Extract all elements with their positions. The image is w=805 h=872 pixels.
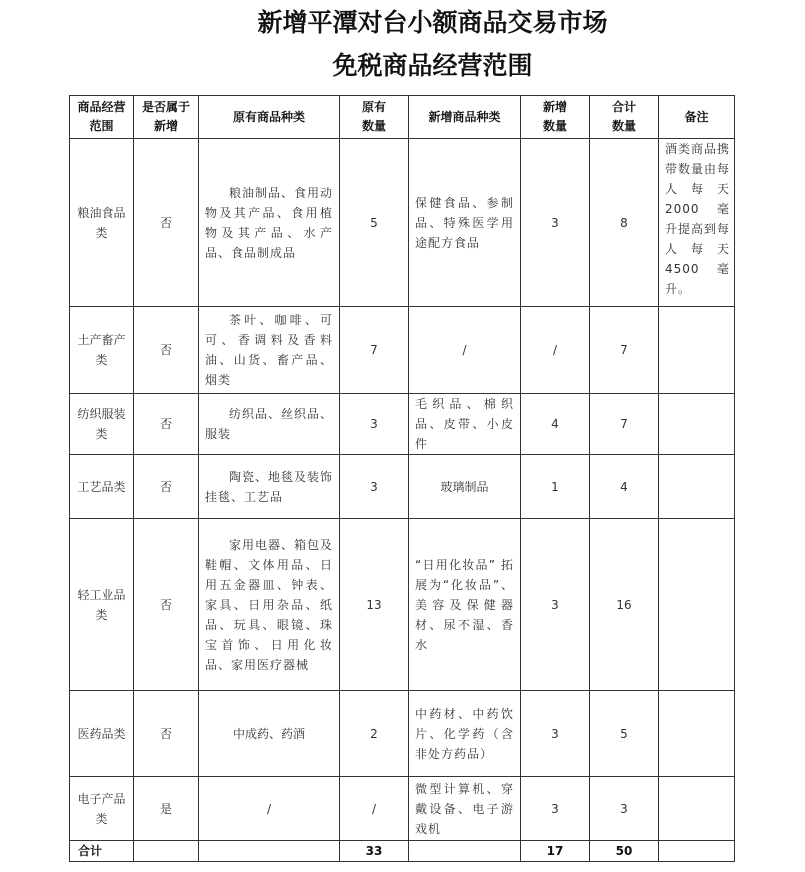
cell-new-types: 玻璃制品 — [409, 455, 521, 519]
cell-remarks — [659, 394, 735, 455]
cell-is-new: 是 — [134, 777, 199, 841]
cell-category: 医药品类 — [70, 691, 134, 777]
header-is-new: 是否属于新增 — [134, 96, 199, 139]
cell-total-count: 5 — [590, 691, 659, 777]
total-orig-types — [199, 841, 340, 862]
cell-new-count: 3 — [521, 139, 590, 307]
total-row: 合计 33 17 50 — [70, 841, 735, 862]
cell-new-types: 中药材、中药饮片、化学药（含非处方药品） — [409, 691, 521, 777]
cell-category: 工艺品类 — [70, 455, 134, 519]
cell-orig-types: / — [199, 777, 340, 841]
cell-orig-count: / — [340, 777, 409, 841]
cell-orig-types: 中成药、药酒 — [199, 691, 340, 777]
cell-category: 粮油食品类 — [70, 139, 134, 307]
total-label: 合计 — [70, 841, 134, 862]
total-total-count: 50 — [590, 841, 659, 862]
total-new-count: 17 — [521, 841, 590, 862]
cell-orig-count: 2 — [340, 691, 409, 777]
table-row: 轻工业品类 否 家用电器、箱包及鞋帽、文体用品、日用五金器皿、钟表、家具、日用杂… — [70, 519, 735, 691]
cell-category: 电子产品类 — [70, 777, 134, 841]
header-total-count: 合计数量 — [590, 96, 659, 139]
cell-new-count: 3 — [521, 777, 590, 841]
cell-remarks — [659, 777, 735, 841]
table-row: 土产畜产类 否 茶叶、咖啡、可可、香调料及香料油、山货、畜产品、烟类 7 / /… — [70, 307, 735, 394]
cell-remarks: 酒类商品携带数量由每人每天 2000 毫升提高到每人每天 4500 毫升。 — [659, 139, 735, 307]
cell-orig-types: 茶叶、咖啡、可可、香调料及香料油、山货、畜产品、烟类 — [199, 307, 340, 394]
cell-remarks — [659, 519, 735, 691]
cell-new-types: “日用化妆品” 拓展为“化妆品”、美容及保健器材、尿不湿、香水 — [409, 519, 521, 691]
total-remarks — [659, 841, 735, 862]
cell-is-new: 否 — [134, 394, 199, 455]
cell-orig-count: 13 — [340, 519, 409, 691]
header-orig-types: 原有商品种类 — [199, 96, 340, 139]
cell-total-count: 3 — [590, 777, 659, 841]
cell-new-types: 毛织品、棉织品、皮带、小皮件 — [409, 394, 521, 455]
cell-new-count: / — [521, 307, 590, 394]
cell-new-types: 微型计算机、穿戴设备、电子游戏机 — [409, 777, 521, 841]
cell-is-new: 否 — [134, 139, 199, 307]
header-category: 商品经营范围 — [70, 96, 134, 139]
table-row: 纺织服装类 否 纺织品、丝织品、服装 3 毛织品、棉织品、皮带、小皮件 4 7 — [70, 394, 735, 455]
cell-new-types: 保健食品、参制品、特殊医学用途配方食品 — [409, 139, 521, 307]
cell-orig-types: 纺织品、丝织品、服装 — [199, 394, 340, 455]
cell-orig-count: 5 — [340, 139, 409, 307]
cell-orig-types: 家用电器、箱包及鞋帽、文体用品、日用五金器皿、钟表、家具、日用杂品、纸品、玩具、… — [199, 519, 340, 691]
cell-is-new: 否 — [134, 307, 199, 394]
cell-orig-types: 陶瓷、地毯及装饰挂毯、工艺品 — [199, 455, 340, 519]
cell-total-count: 8 — [590, 139, 659, 307]
cell-new-count: 3 — [521, 519, 590, 691]
table-row: 工艺品类 否 陶瓷、地毯及装饰挂毯、工艺品 3 玻璃制品 1 4 — [70, 455, 735, 519]
cell-total-count: 7 — [590, 394, 659, 455]
table-row: 电子产品类 是 / / 微型计算机、穿戴设备、电子游戏机 3 3 — [70, 777, 735, 841]
cell-is-new: 否 — [134, 519, 199, 691]
cell-category: 轻工业品类 — [70, 519, 134, 691]
cell-orig-types: 粮油制品、食用动物及其产品、食用植物及其产品、水产品、食品制成品 — [199, 139, 340, 307]
document-title-line2: 免税商品经营范围 — [30, 49, 805, 83]
cell-new-count: 4 — [521, 394, 590, 455]
cell-new-count: 3 — [521, 691, 590, 777]
cell-remarks — [659, 455, 735, 519]
cell-new-types: / — [409, 307, 521, 394]
header-new-types: 新增商品种类 — [409, 96, 521, 139]
table-row: 粮油食品类 否 粮油制品、食用动物及其产品、食用植物及其产品、水产品、食品制成品… — [70, 139, 735, 307]
total-orig-count: 33 — [340, 841, 409, 862]
cell-category: 纺织服装类 — [70, 394, 134, 455]
cell-orig-count: 7 — [340, 307, 409, 394]
table-row: 医药品类 否 中成药、药酒 2 中药材、中药饮片、化学药（含非处方药品） 3 5 — [70, 691, 735, 777]
total-new-types — [409, 841, 521, 862]
header-remarks: 备注 — [659, 96, 735, 139]
cell-is-new: 否 — [134, 691, 199, 777]
total-is-new — [134, 841, 199, 862]
cell-remarks — [659, 691, 735, 777]
header-orig-count: 原有数量 — [340, 96, 409, 139]
cell-total-count: 4 — [590, 455, 659, 519]
cell-is-new: 否 — [134, 455, 199, 519]
cell-orig-count: 3 — [340, 394, 409, 455]
cell-orig-count: 3 — [340, 455, 409, 519]
document-title-line1: 新增平潭对台小额商品交易市场 — [30, 6, 805, 40]
header-new-count: 新增数量 — [521, 96, 590, 139]
cell-category: 土产畜产类 — [70, 307, 134, 394]
header-row: 商品经营范围 是否属于新增 原有商品种类 原有数量 新增商品种类 新增数量 合计… — [70, 96, 735, 139]
cell-new-count: 1 — [521, 455, 590, 519]
cell-remarks — [659, 307, 735, 394]
duty-free-scope-table: 商品经营范围 是否属于新增 原有商品种类 原有数量 新增商品种类 新增数量 合计… — [69, 95, 735, 862]
cell-total-count: 16 — [590, 519, 659, 691]
cell-total-count: 7 — [590, 307, 659, 394]
